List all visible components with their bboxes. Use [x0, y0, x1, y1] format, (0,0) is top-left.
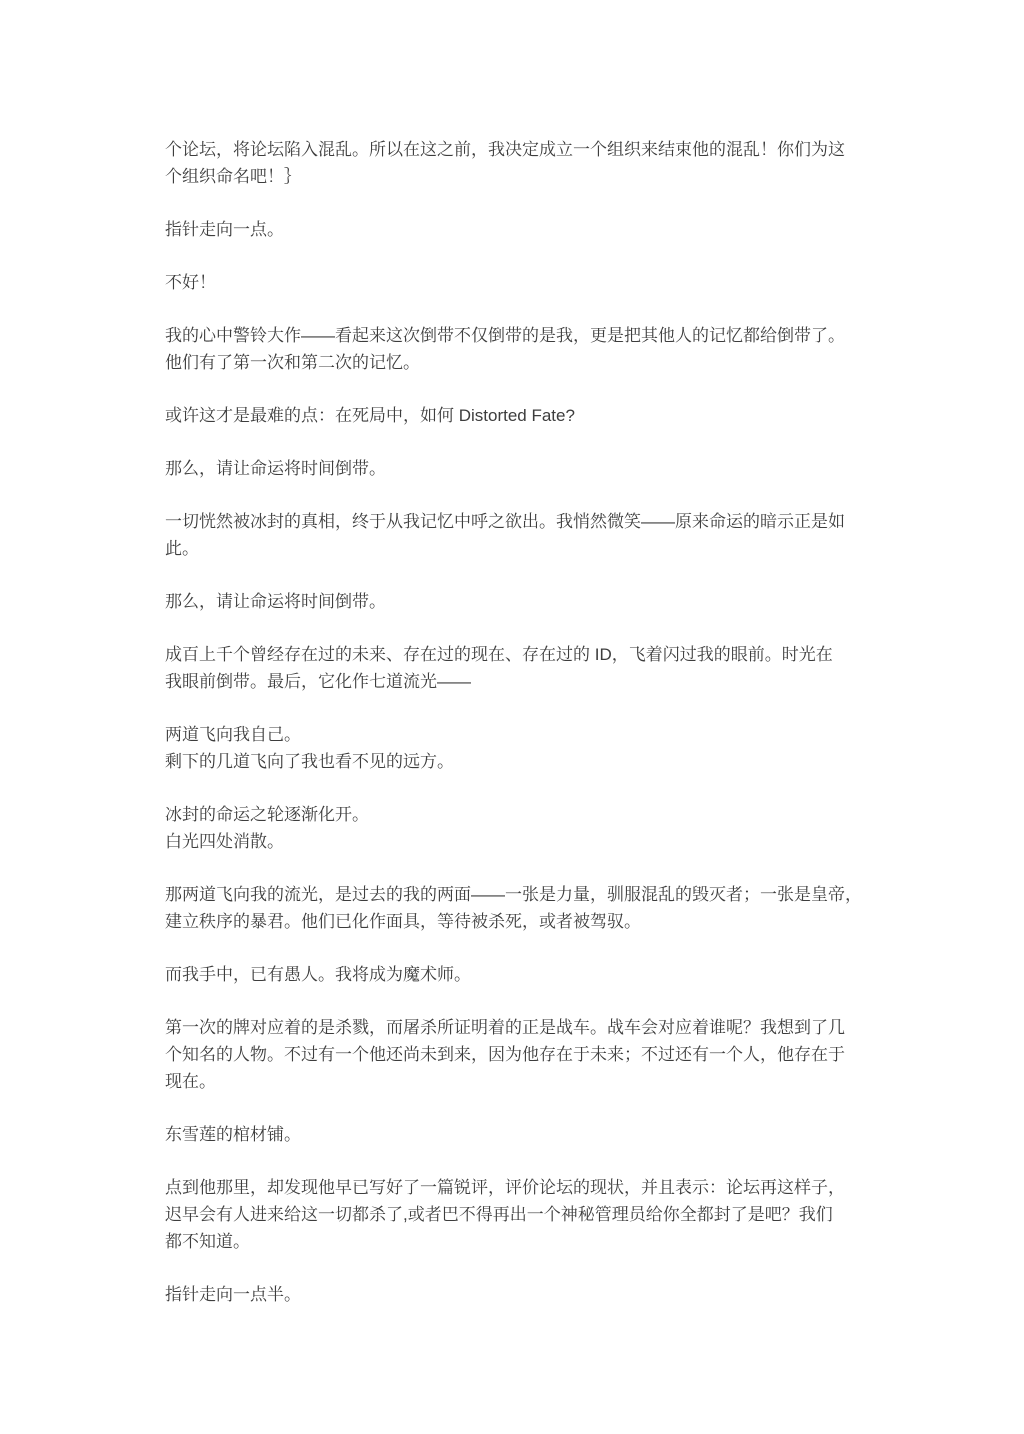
paragraph: 成百上千个曾经存在过的未来、存在过的现在、存在过的 ID，飞着闪过我的眼前。时光… — [165, 641, 864, 695]
paragraph: 两道飞向我自己。 剩下的几道飞向了我也看不见的远方。 — [165, 721, 864, 775]
paragraph: 点到他那里，却发现他早已写好了一篇锐评，评价论坛的现状，并且表示：论坛再这样子，… — [165, 1174, 864, 1255]
paragraph: 指针走向一点。 — [165, 216, 864, 243]
paragraph: 第一次的牌对应着的是杀戮，而屠杀所证明着的正是战车。战车会对应着谁呢？我想到了几… — [165, 1014, 864, 1095]
paragraph: 不好！ — [165, 269, 864, 296]
paragraph: 冰封的命运之轮逐渐化开。 白光四处消散。 — [165, 801, 864, 855]
paragraph: 指针走向一点半。 — [165, 1281, 864, 1308]
paragraph: 我的心中警铃大作——看起来这次倒带不仅倒带的是我，更是把其他人的记忆都给倒带了。… — [165, 322, 864, 376]
paragraph: 那么，请让命运将时间倒带。 — [165, 588, 864, 615]
paragraph: 一切恍然被冰封的真相，终于从我记忆中呼之欲出。我悄然微笑——原来命运的暗示正是如… — [165, 508, 864, 562]
paragraph: 东雪莲的棺材铺。 — [165, 1121, 864, 1148]
paragraph: 那两道飞向我的流光，是过去的我的两面——一张是力量，驯服混乱的毁灭者；一张是皇帝… — [165, 881, 864, 935]
paragraph: 而我手中，已有愚人。我将成为魔术师。 — [165, 961, 864, 988]
paragraph: 或许这才是最难的点：在死局中，如何 Distorted Fate? — [165, 402, 864, 429]
paragraph: 个论坛，将论坛陷入混乱。所以在这之前，我决定成立一个组织来结束他的混乱！你们为这… — [165, 136, 864, 190]
document-page: 个论坛，将论坛陷入混乱。所以在这之前，我决定成立一个组织来结束他的混乱！你们为这… — [0, 0, 1024, 1434]
paragraph: 那么，请让命运将时间倒带。 — [165, 455, 864, 482]
